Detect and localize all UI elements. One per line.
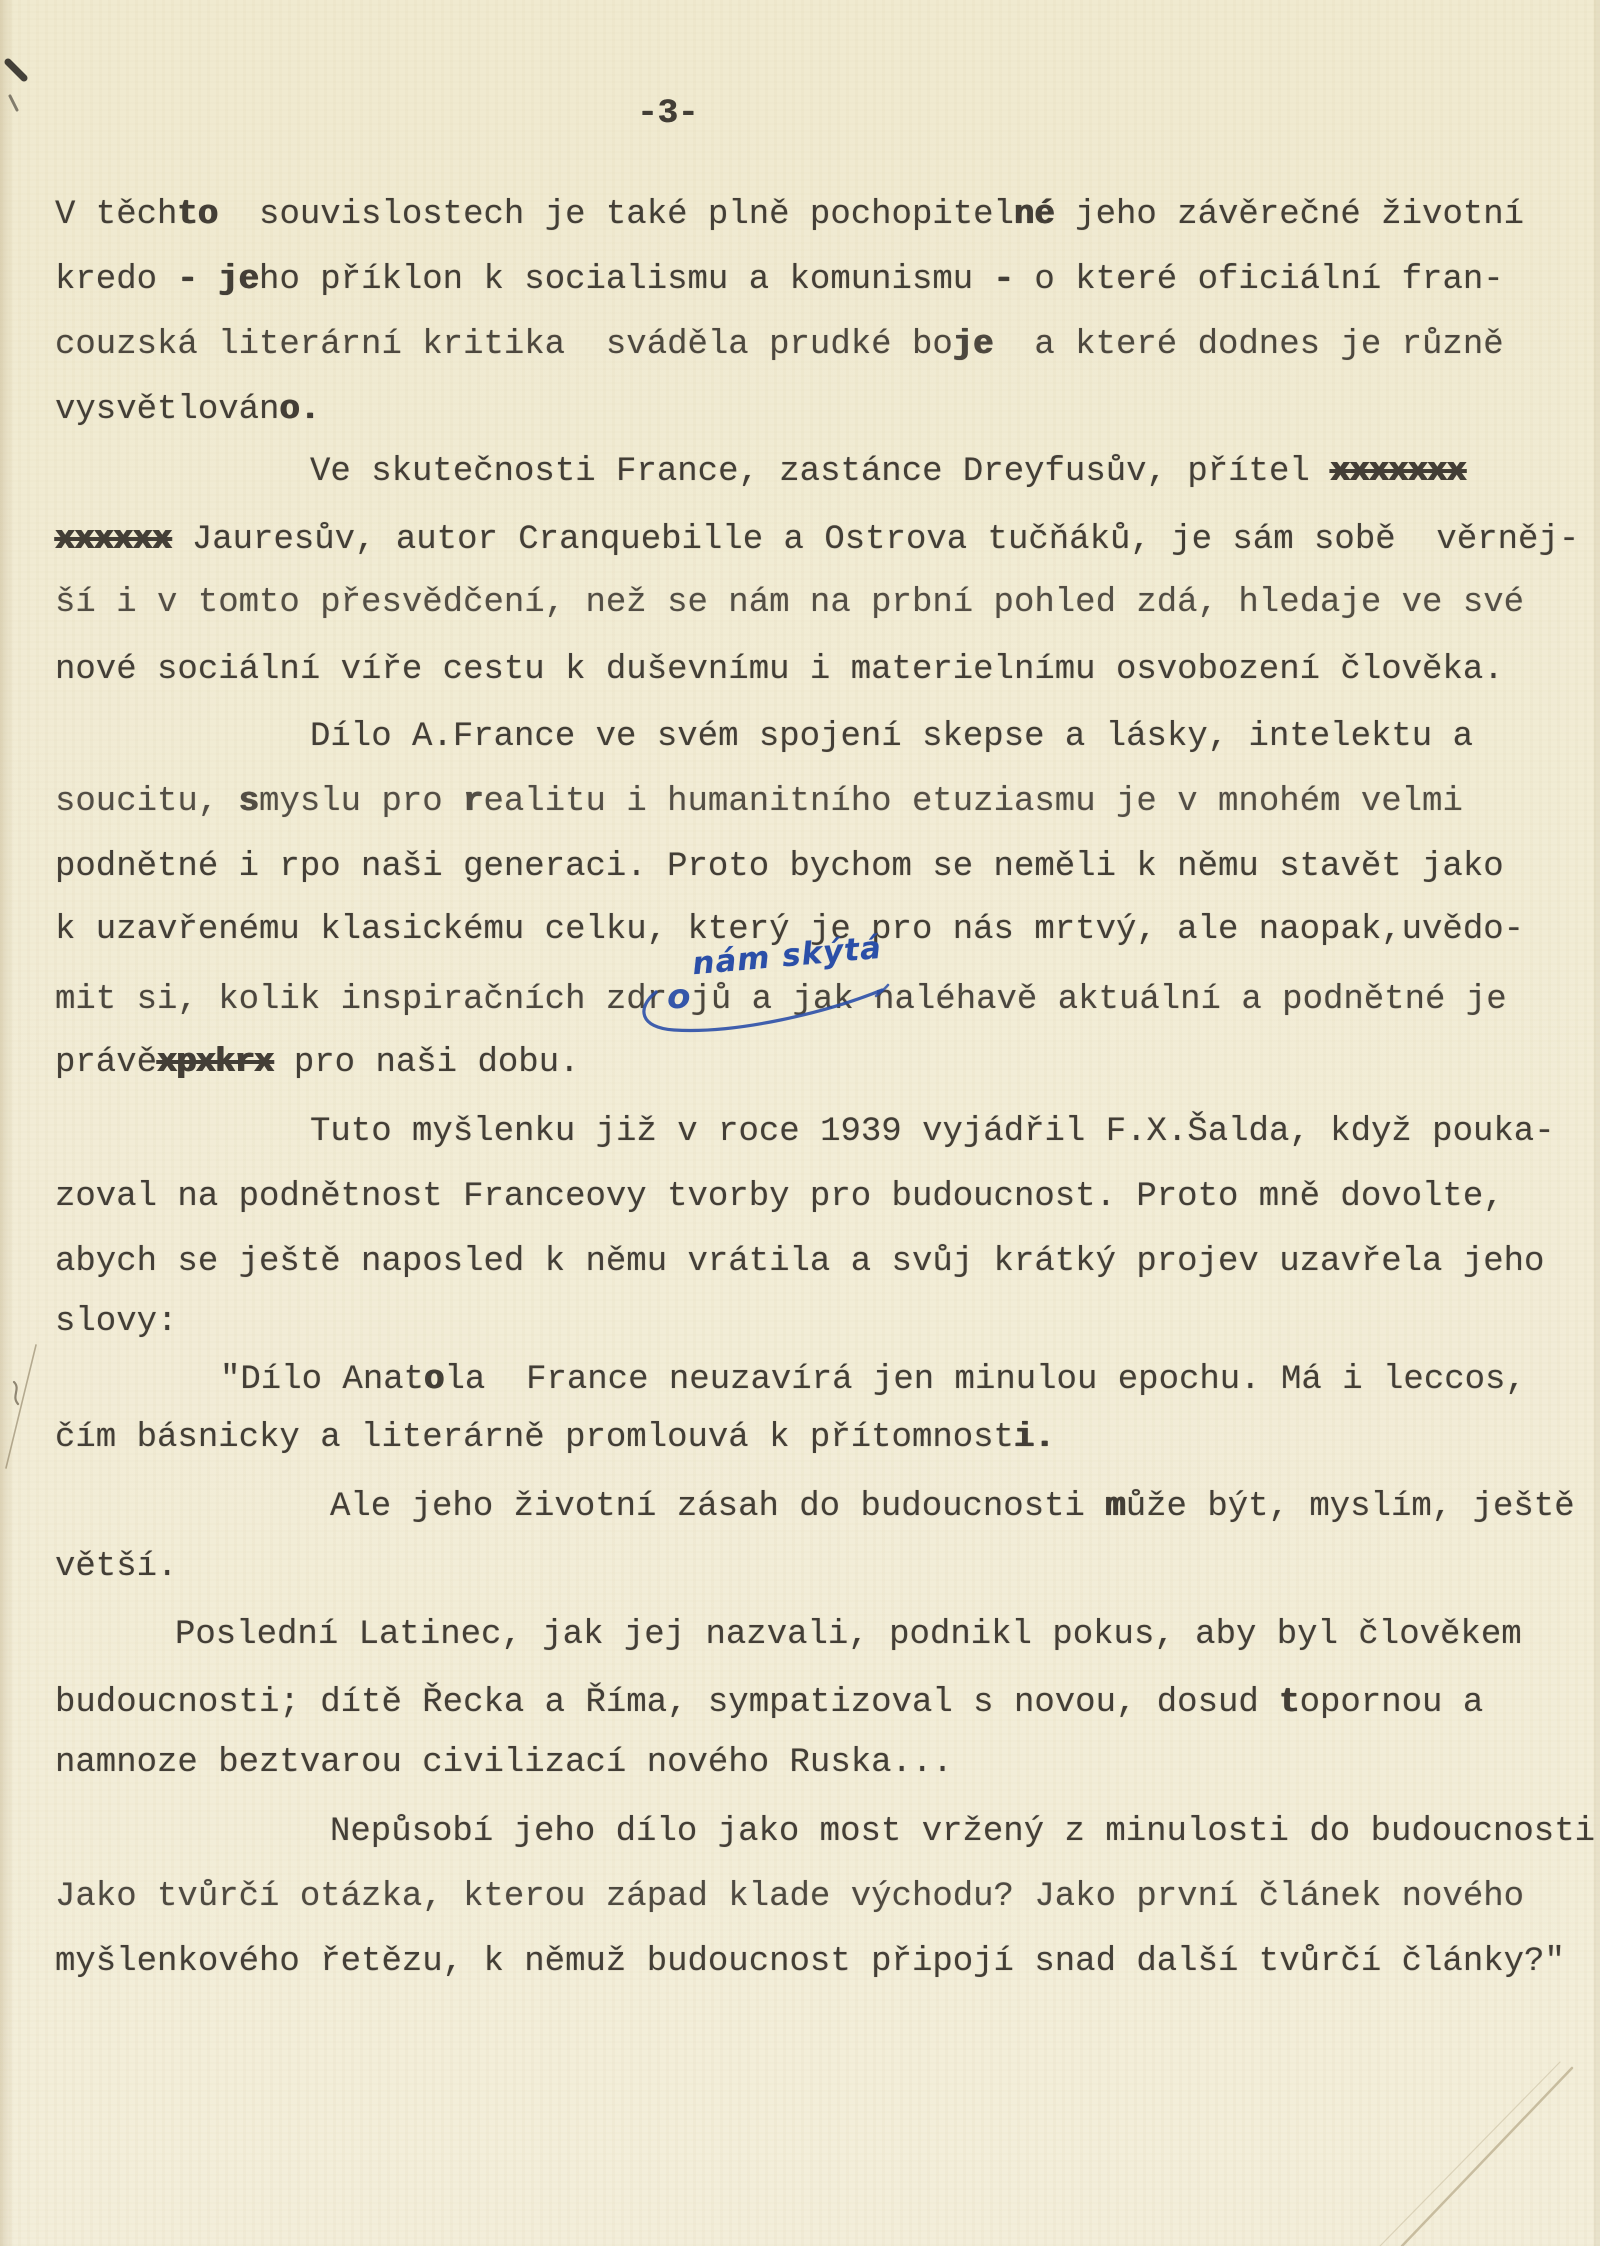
handwritten-correction-letter: o	[667, 977, 690, 1017]
typewritten-line: čím básnicky a literárně promlouvá k pří…	[55, 1421, 1055, 1455]
text-segment: souvislostech je také plně pochopitel	[218, 196, 1014, 234]
text-segment: jeho závěrečné životní	[1055, 196, 1524, 234]
typewritten-line: mit si, kolik inspiračních zdrojů a jak …	[55, 980, 1507, 1017]
typewritten-line: budoucnosti; dítě Řecka a Říma, sympatiz…	[55, 1686, 1483, 1720]
text-segment: la France neuzavírá jen minulou epochu. …	[444, 1361, 1525, 1399]
typewritten-line: myšlenkového řetězu, k němuž budoucnost …	[55, 1945, 1565, 1979]
text-segment: vysvětlován	[55, 391, 279, 429]
overtyped-text: -	[994, 261, 1014, 299]
typewritten-line: Poslední Latinec, jak jej nazvali, podni…	[175, 1618, 1522, 1652]
typewritten-line: Ale jeho životní zásah do budoucnosti mů…	[330, 1490, 1575, 1524]
text-segment: mit si, kolik inspiračních zdr	[55, 981, 667, 1019]
overtyped-text: s	[239, 783, 259, 821]
overtyped-text: je	[953, 326, 994, 364]
text-segment: jů a jak naléhavě aktuální a podnětné je	[690, 981, 1506, 1019]
typewritten-line: V těchto souvislostech je také plně poch…	[55, 198, 1524, 232]
overtyped-text: to	[177, 196, 218, 234]
text-segment: a které dodnes je různě	[994, 326, 1504, 364]
typewritten-line: ší i v tomto přesvědčení, než se nám na …	[55, 586, 1524, 620]
typewritten-line: kredo - jeho příklon k socialismu a komu…	[55, 263, 1504, 297]
text-segment: o které oficiální fran-	[1014, 261, 1504, 299]
text-segment: kredo	[55, 261, 177, 299]
typewritten-line: Jako tvůrčí otázka, kterou západ klade v…	[55, 1880, 1524, 1914]
text-segment: Dílo A.France ve svém spojení skepse a l…	[310, 718, 1473, 756]
text-segment: zoval na podnětnost Franceovy tvorby pro…	[55, 1178, 1504, 1216]
text-segment: ůže být, myslím, ještě	[1126, 1488, 1575, 1526]
overtyped-text: r	[463, 783, 483, 821]
typewritten-line: abych se ještě naposled k němu vrátila a…	[55, 1245, 1544, 1279]
typewritten-line: "Dílo Anatola France neuzavírá jen minul…	[220, 1363, 1526, 1397]
document-page: -3- V těchto souvislostech je také plně …	[0, 0, 1600, 2246]
overtyped-text: i.	[1014, 1419, 1055, 1457]
overtyped-text: o.	[279, 391, 320, 429]
struck-out-text: xxxxxx	[55, 521, 171, 559]
struck-out-text: xxxxxxx	[1330, 453, 1466, 491]
text-segment: opornou a	[1300, 1684, 1484, 1722]
typewritten-line: nové sociální víře cestu k duševnímu i m…	[55, 653, 1504, 687]
typewritten-line: právěxpxkrx pro naši dobu.	[55, 1046, 580, 1080]
typewritten-line: vysvětlováno.	[55, 393, 320, 427]
text-segment: Tuto myšlenku již v roce 1939 vyjádřil F…	[310, 1113, 1555, 1151]
text-segment: soucitu,	[55, 783, 239, 821]
text-segment: ho příklon k socialismu a komunismu	[259, 261, 994, 299]
text-segment: Nepůsobí jeho dílo jako most vržený z mi…	[330, 1813, 1595, 1851]
text-segment: podnětné i rpo naši generaci. Proto bych…	[55, 848, 1504, 886]
text-segment: myslu pro	[259, 783, 463, 821]
overtyped-text: m	[1105, 1488, 1125, 1526]
text-segment: V těch	[55, 196, 177, 234]
typewritten-line: xxxxxx Jauresův, autor Cranquebille a Os…	[55, 523, 1579, 557]
text-segment: Ale jeho životní zásah do budoucnosti	[330, 1488, 1105, 1526]
text-segment	[198, 261, 218, 299]
typewritten-line: Tuto myšlenku již v roce 1939 vyjádřil F…	[310, 1115, 1555, 1149]
text-segment: čím básnicky a literárně promlouvá k pří…	[55, 1419, 1014, 1457]
text-segment: ší i v tomto přesvědčení, než se nám na …	[55, 584, 1524, 622]
struck-out-text: xpxkrx	[157, 1044, 273, 1082]
text-segment: větší.	[55, 1548, 177, 1586]
text-segment: Poslední Latinec, jak jej nazvali, podni…	[175, 1616, 1522, 1654]
typewritten-line: Ve skutečnosti France, zastánce Dreyfusů…	[310, 455, 1466, 489]
typewritten-line: Dílo A.France ve svém spojení skepse a l…	[310, 720, 1473, 754]
overtyped-text: o	[424, 1361, 444, 1399]
text-segment: právě	[55, 1044, 157, 1082]
text-segment: namnoze beztvarou civilizací nového Rusk…	[55, 1744, 953, 1782]
text-segment: pro naši dobu.	[273, 1044, 579, 1082]
overtyped-text: t	[1279, 1684, 1299, 1722]
text-segment: couzská literární kritika sváděla prudké…	[55, 326, 953, 364]
text-segment: Jauresův, autor Cranquebille a Ostrova t…	[171, 521, 1579, 559]
text-segment: slovy:	[55, 1303, 177, 1341]
typewritten-line: namnoze beztvarou civilizací nového Rusk…	[55, 1746, 953, 1780]
text-segment: budoucnosti; dítě Řecka a Říma, sympatiz…	[55, 1684, 1279, 1722]
text-segment: abych se ještě naposled k němu vrátila a…	[55, 1243, 1544, 1281]
page-number: -3-	[637, 95, 698, 133]
text-segment: Jako tvůrčí otázka, kterou západ klade v…	[55, 1878, 1524, 1916]
text-segment: nové sociální víře cestu k duševnímu i m…	[55, 651, 1504, 689]
overtyped-text: -	[177, 261, 197, 299]
typewritten-line: couzská literární kritika sváděla prudké…	[55, 328, 1504, 362]
text-segment: Ve skutečnosti France, zastánce Dreyfusů…	[310, 453, 1330, 491]
text-segment: myšlenkového řetězu, k němuž budoucnost …	[55, 1943, 1565, 1981]
overtyped-text: je	[218, 261, 259, 299]
text-segment: "Dílo Anat	[220, 1361, 424, 1399]
text-segment: ealitu i humanitního etuziasmu je v mnoh…	[484, 783, 1463, 821]
typewritten-line: slovy:	[55, 1305, 177, 1339]
typewritten-line: zoval na podnětnost Franceovy tvorby pro…	[55, 1180, 1504, 1214]
scanned-page: { "document": { "page_number": "-3-", "l…	[0, 0, 1600, 2246]
typewritten-line: větší.	[55, 1550, 177, 1584]
typewritten-line: Nepůsobí jeho dílo jako most vržený z mi…	[330, 1815, 1595, 1849]
overtyped-text: né	[1014, 196, 1055, 234]
typewritten-line: soucitu, smyslu pro realitu i humanitníh…	[55, 785, 1463, 819]
typewritten-line: podnětné i rpo naši generaci. Proto bych…	[55, 850, 1504, 884]
